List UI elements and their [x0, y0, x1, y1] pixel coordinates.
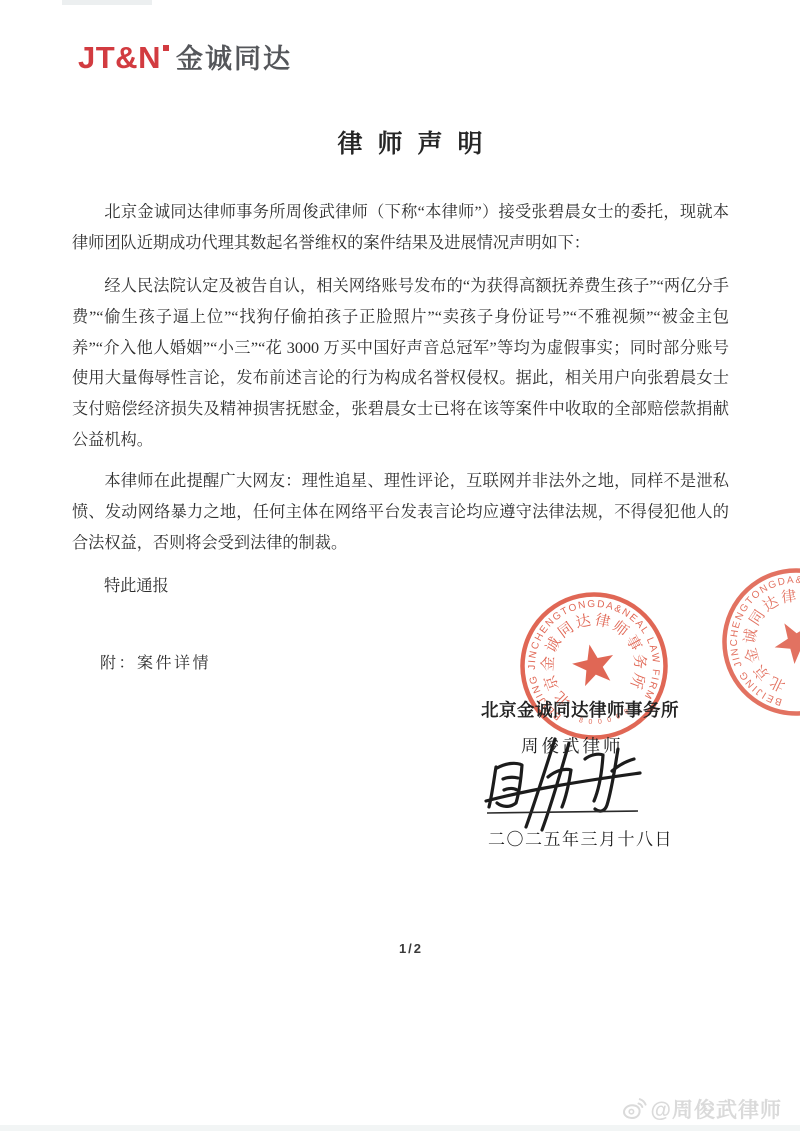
paragraph-findings: 经人民法院认定及被告自认，相关网络账号发布的“为获得高额抚养费生孩子”“两亿分手…: [72, 271, 729, 456]
paragraph-intro: 北京金诚同达律师事务所周俊武律师（下称“本律师”）接受张碧晨女士的委托，现就本律…: [72, 197, 729, 259]
firm-logo-mark: JT&N: [78, 42, 161, 73]
closing-line: 特此通报: [104, 572, 169, 596]
paragraph-reminder: 本律师在此提醒广大网友：理性追星、理性评论，互联网并非法外之地，同样不是泄私愤、…: [72, 466, 729, 558]
document-title: 律师声明: [10, 124, 800, 160]
signoff-firm-name: 北京金诚同达律师事务所: [481, 697, 679, 722]
weibo-watermark: @周俊武律师: [621, 1094, 782, 1124]
firm-logo: JT&N 金诚同达: [78, 42, 292, 73]
law-firm-seal: BEIJING JINCHENGTONGDA&NEAL LAW FIRM 北京金…: [504, 576, 684, 756]
weibo-icon: [621, 1096, 647, 1122]
scan-artifact: [62, 0, 152, 5]
page-number: 1/2: [11, 941, 800, 956]
logo-dot-icon: [163, 45, 169, 51]
signoff-date: 二〇二五年三月十八日: [488, 825, 673, 850]
watermark-handle: @周俊武律师: [651, 1094, 782, 1124]
law-firm-seal-duplicate: [691, 537, 800, 746]
legal-statement-page: JT&N 金诚同达 律师声明 北京金诚同达律师事务所周俊武律师（下称“本律师”）…: [0, 0, 800, 1131]
handwritten-signature: [472, 737, 652, 832]
firm-logo-chinese: 金诚同达: [176, 45, 292, 73]
attachment-line: 附：案件详情: [100, 650, 211, 673]
page-bottom-edge: [0, 1125, 800, 1131]
